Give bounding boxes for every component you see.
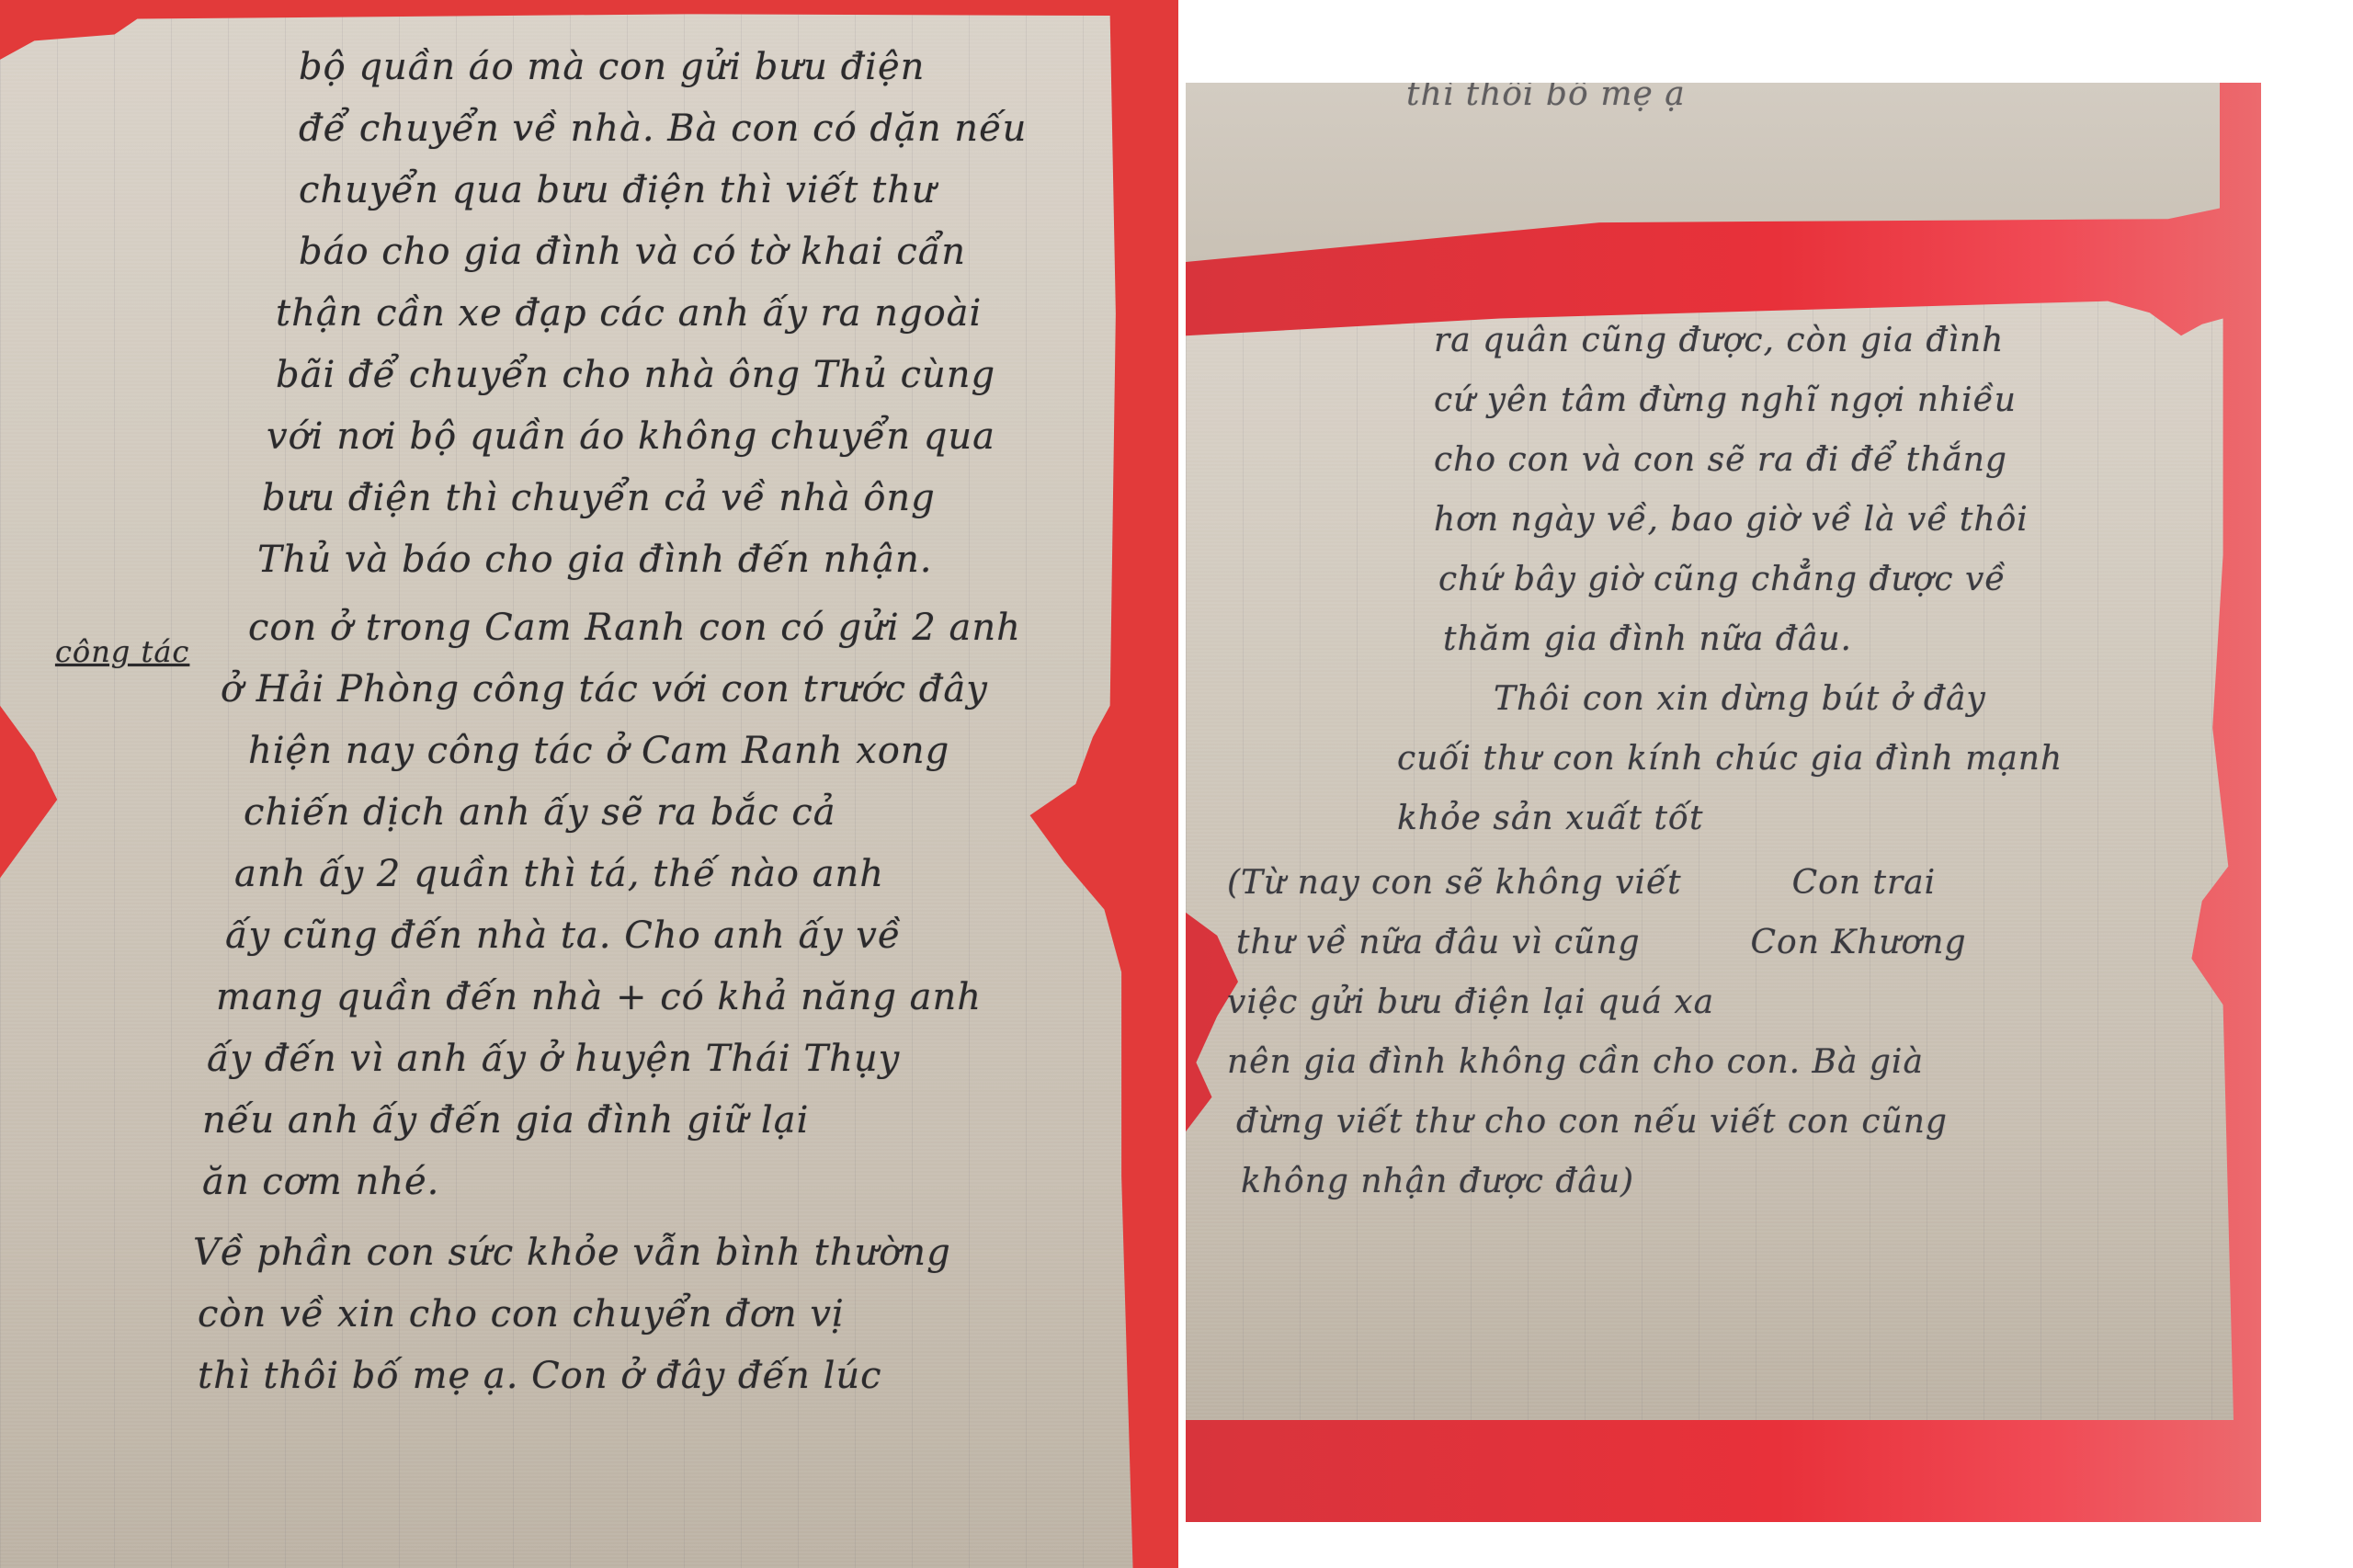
- letter-line: hơn ngày về, bao giờ về là về thôi: [1434, 501, 2029, 539]
- letter-line: ra quân cũng được, còn gia đình: [1434, 322, 2004, 359]
- postscript-line: không nhận được đâu): [1241, 1163, 1634, 1200]
- postscript-line: đừng viết thư cho con nếu viết con cũng: [1236, 1103, 1948, 1141]
- letter-line: cuối thư con kính chúc gia đình mạnh: [1397, 740, 2063, 778]
- letter-line: cứ yên tâm đừng nghĩ ngợi nhiều: [1434, 381, 2017, 419]
- postscript-line: nên gia đình không cần cho con. Bà già: [1227, 1043, 1924, 1081]
- letter-line: ăn cơm nhé.: [202, 1161, 439, 1203]
- letter-line: Về phần con sức khỏe vẫn bình thường: [193, 1232, 951, 1274]
- letter-line: bãi để chuyển cho nhà ông Thủ cùng: [276, 354, 995, 396]
- letter-line: Thủ và báo cho gia đình đến nhận.: [257, 539, 932, 581]
- letter-line: với nơi bộ quần áo không chuyển qua: [267, 415, 995, 458]
- left-page-panel: công tác bộ quần áo mà con gửi bưu điện …: [0, 0, 1178, 1568]
- letter-line: bộ quần áo mà con gửi bưu điện: [299, 46, 925, 88]
- right-page-panel: thì thôi bố mẹ ạ ra quân cũng được, còn …: [1186, 83, 2261, 1522]
- letter-line: con ở trong Cam Ranh con có gửi 2 anh: [248, 607, 1021, 649]
- letter-line: thận cần xe đạp các anh ấy ra ngoài: [276, 292, 982, 335]
- letter-line: chuyển qua bưu điện thì viết thư: [299, 169, 937, 211]
- letter-line: hiện nay công tác ở Cam Ranh xong: [248, 730, 949, 772]
- letter-line: để chuyển về nhà. Bà con có dặn nếu: [299, 108, 1027, 150]
- letter-line: Thôi con xin dừng bút ở đây: [1494, 680, 1986, 718]
- signature-aside: Con Khương: [1751, 924, 1967, 961]
- letter-line: khỏe sản xuất tốt: [1397, 800, 1703, 837]
- postscript-text: thư về nữa đâu vì cũng: [1236, 924, 1641, 961]
- postscript-line: (Từ nay con sẽ không viếtCon trai: [1227, 864, 1936, 902]
- letter-line: báo cho gia đình và có tờ khai cẩn: [299, 231, 966, 273]
- letter-line: bưu điện thì chuyển cả về nhà ông: [262, 477, 936, 519]
- right-page-top-fragment: [1186, 83, 2220, 262]
- letter-line: chiến dịch anh ấy sẽ ra bắc cả: [244, 791, 836, 834]
- margin-note: công tác: [55, 634, 189, 669]
- fragment-line: thì thôi bố mẹ ạ: [1406, 83, 1686, 113]
- letter-line: anh ấy 2 quần thì tá, thế nào anh: [234, 853, 884, 895]
- letter-line: còn về xin cho con chuyển đơn vị: [198, 1293, 845, 1335]
- letter-line: ở Hải Phòng công tác với con trước đây: [221, 668, 988, 710]
- letter-line: thì thôi bố mẹ ạ. Con ở đây đến lúc: [198, 1355, 882, 1397]
- right-page-paper: [1186, 267, 2234, 1420]
- letter-line: thăm gia đình nữa đâu.: [1443, 620, 1852, 658]
- letter-line: mang quần đến nhà + có khả năng anh: [216, 976, 982, 1018]
- letter-line: nếu anh ấy đến gia đình giữ lại: [202, 1099, 809, 1142]
- postscript-line: việc gửi bưu điện lại quá xa: [1227, 983, 1714, 1021]
- postscript-line: thư về nữa đâu vì cũngCon Khương: [1236, 924, 1967, 961]
- letter-line: ấy cũng đến nhà ta. Cho anh ấy về: [225, 915, 901, 957]
- letter-line: chứ bây giờ cũng chẳng được về: [1438, 561, 2006, 598]
- letter-line: ấy đến vì anh ấy ở huyện Thái Thụy: [207, 1038, 900, 1080]
- signature-aside: Con trai: [1792, 864, 1937, 902]
- postscript-text: (Từ nay con sẽ không viết: [1227, 864, 1682, 902]
- letter-line: cho con và con sẽ ra đi để thắng: [1434, 441, 2007, 479]
